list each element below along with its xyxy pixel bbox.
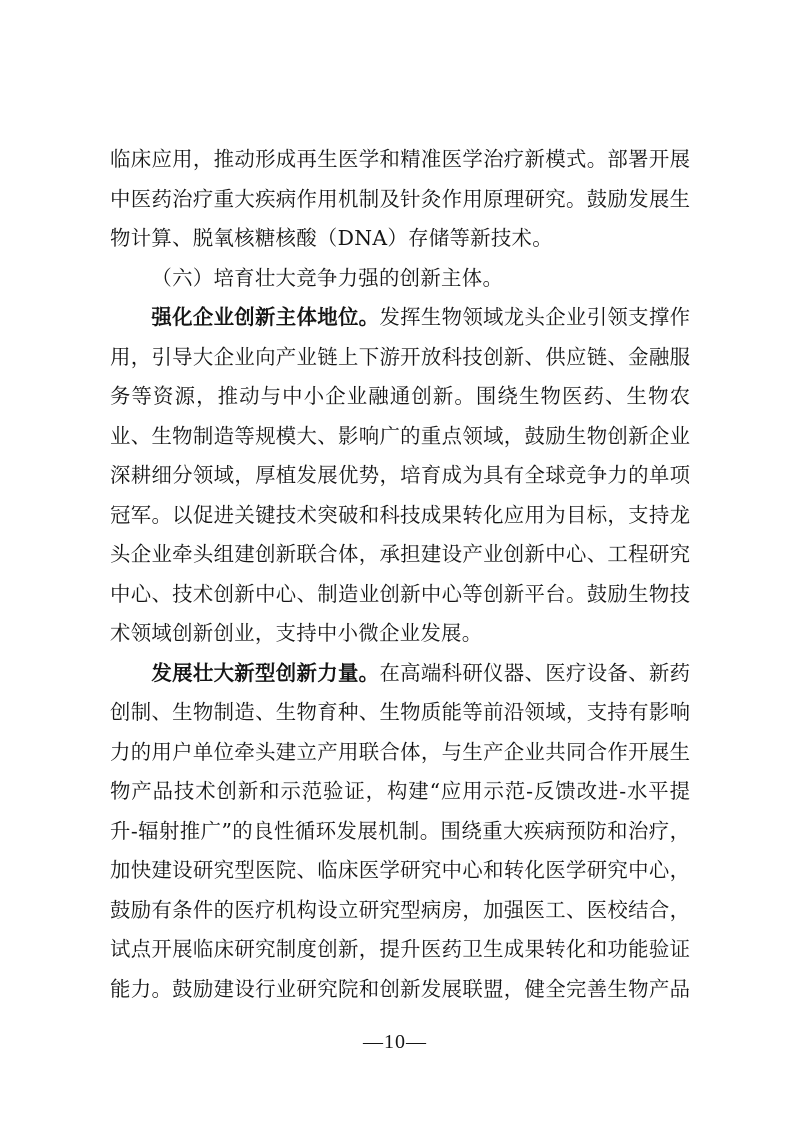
text-line: 物计算、脱氧核糖核酸（DNA）存储等新技术。 — [110, 219, 690, 259]
subheading-text: （六）培育壮大竞争力强的创新主体。 — [110, 259, 690, 299]
section-subheading: （六）培育壮大竞争力强的创新主体。 — [110, 259, 690, 299]
body-text: 临床应用，推动形成再生医学和精准医学治疗新模式。部署开展 中医药治疗重大疾病作用… — [110, 140, 690, 1009]
text-line: 加快建设研究型医院、临床医学研究中心和转化医学研究中心， — [110, 851, 690, 891]
text-line: 冠军。以促进关键技术突破和科技成果转化应用为目标，支持龙 — [110, 496, 690, 536]
text-run: 发挥生物领域龙头企业引领支撑作 — [379, 305, 690, 329]
text-line: 临床应用，推动形成再生医学和精准医学治疗新模式。部署开展 — [110, 140, 690, 180]
paragraph-new-innovation-forces: 发展壮大新型创新力量。在高端科研仪器、医疗设备、新药 创制、生物制造、生物育种、… — [110, 654, 690, 1010]
text-line: 发展壮大新型创新力量。在高端科研仪器、医疗设备、新药 — [110, 654, 690, 694]
text-line: 创制、生物制造、生物育种、生物质能等前沿领域，支持有影响 — [110, 693, 690, 733]
text-line: 强化企业创新主体地位。发挥生物领域龙头企业引领支撑作 — [110, 298, 690, 338]
text-line: 中医药治疗重大疾病作用机制及针灸作用原理研究。鼓励发展生 — [110, 180, 690, 220]
text-line: 中心、技术创新中心、制造业创新中心等创新平台。鼓励生物技 — [110, 575, 690, 615]
text-line: 业、生物制造等规模大、影响广的重点领域，鼓励生物创新企业 — [110, 417, 690, 457]
text-line: 务等资源，推动与中小企业融通创新。围绕生物医药、生物农 — [110, 377, 690, 417]
text-line: 深耕细分领域，厚植发展优势，培育成为具有全球竞争力的单项 — [110, 456, 690, 496]
paragraph-enterprise-innovation: 强化企业创新主体地位。发挥生物领域龙头企业引领支撑作 用，引导大企业向产业链上下… — [110, 298, 690, 654]
paragraph-lead-heading: 发展壮大新型创新力量。 — [151, 661, 379, 685]
text-line: 力的用户单位牵头建立产用联合体，与生产企业共同合作开展生 — [110, 733, 690, 773]
text-line: 能力。鼓励建设行业研究院和创新发展联盟，健全完善生物产品 — [110, 970, 690, 1010]
document-page: 临床应用，推动形成再生医学和精准医学治疗新模式。部署开展 中医药治疗重大疾病作用… — [0, 0, 800, 1131]
paragraph-continuation: 临床应用，推动形成再生医学和精准医学治疗新模式。部署开展 中医药治疗重大疾病作用… — [110, 140, 690, 259]
page-number: —10— — [0, 1022, 790, 1062]
text-line: 术领域创新创业，支持中小微企业发展。 — [110, 614, 690, 654]
text-line: 鼓励有条件的医疗机构设立研究型病房，加强医工、医校结合， — [110, 891, 690, 931]
text-line: 升-辐射推广”的良性循环发展机制。围绕重大疾病预防和治疗， — [110, 812, 690, 852]
text-line: 头企业牵头组建创新联合体，承担建设产业创新中心、工程研究 — [110, 535, 690, 575]
text-run: 在高端科研仪器、医疗设备、新药 — [379, 661, 690, 685]
text-line: 用，引导大企业向产业链上下游开放科技创新、供应链、金融服 — [110, 338, 690, 378]
paragraph-lead-heading: 强化企业创新主体地位。 — [151, 305, 379, 329]
text-line: 物产品技术创新和示范验证，构建“应用示范-反馈改进-水平提 — [110, 772, 690, 812]
text-line: 试点开展临床研究制度创新，提升医药卫生成果转化和功能验证 — [110, 930, 690, 970]
